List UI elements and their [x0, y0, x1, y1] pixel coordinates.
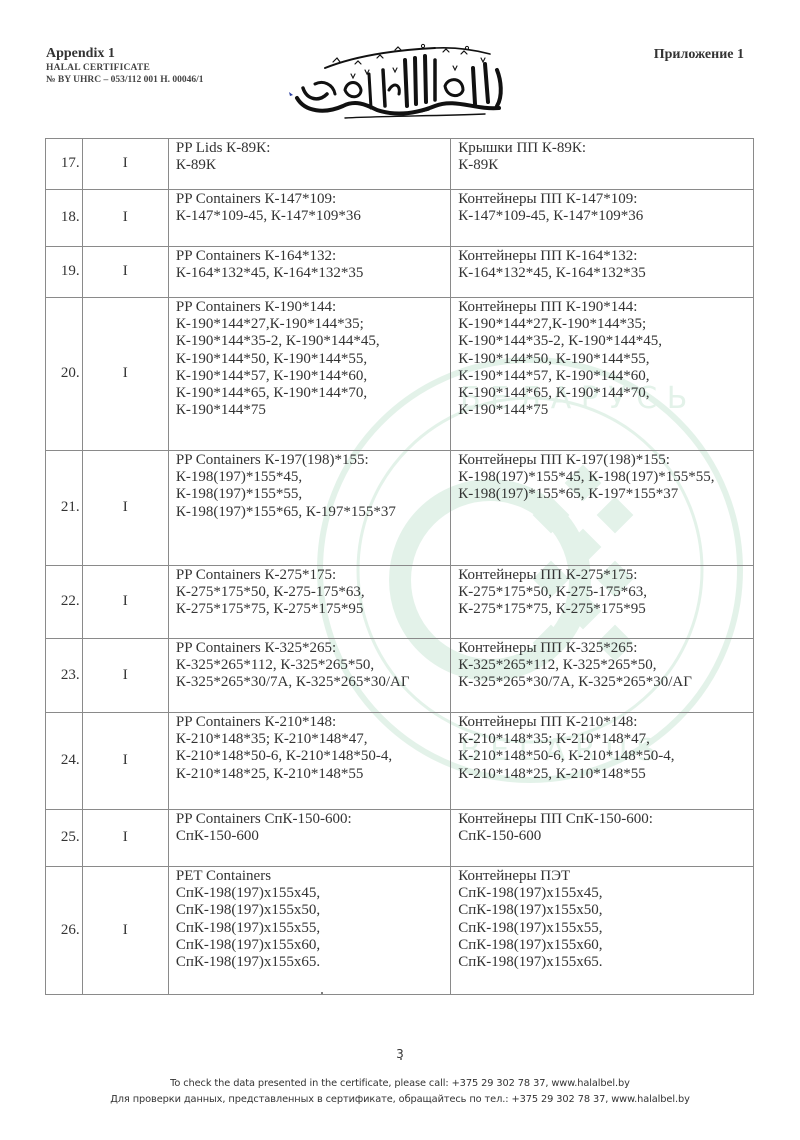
table-row: 19. I PP Containers К-164*132:К-164*132*…: [46, 247, 754, 298]
description-line: К-190*144*75: [176, 402, 443, 419]
description-line: К-325*265*112, К-325*265*50,: [458, 657, 746, 674]
description-line: К-210*148*25, К-210*148*55: [176, 766, 443, 783]
description-line: К-147*109-45, К-147*109*36: [458, 208, 746, 225]
appendix-label-ru: Приложение 1: [654, 47, 744, 63]
description-line: СпК-198(197)x155x65.: [176, 954, 443, 971]
scan-artifact: [321, 992, 323, 994]
description-line: К-275*175*75, К-275*175*95: [176, 601, 443, 618]
product-description-ru: Контейнеры ПП К-147*109:К-147*109-45, К-…: [451, 190, 754, 247]
description-line: К-89К: [176, 157, 443, 174]
row-class: I: [82, 298, 168, 451]
description-line: СпК-198(197)x155x55,: [458, 920, 746, 937]
description-line: Контейнеры ПП К-325*265:: [458, 640, 746, 657]
description-line: PP Containers К-147*109:: [176, 191, 443, 208]
description-line: СпК-198(197)x155x55,: [176, 920, 443, 937]
row-number: 21.: [46, 451, 83, 566]
row-class: I: [82, 713, 168, 810]
product-description-en: PP Containers К-190*144:К-190*144*27,К-1…: [168, 298, 450, 451]
product-description-en: PP Containers К-147*109:К-147*109-45, К-…: [168, 190, 450, 247]
table-row: 25. I PP Containers СпК-150-600:СпК-150-…: [46, 810, 754, 867]
product-description-en: PP Containers К-210*148:К-210*148*35; К-…: [168, 713, 450, 810]
row-number: 18.: [46, 190, 83, 247]
description-line: PP Lids К-89К:: [176, 140, 443, 157]
description-line: К-198(197)*155*55,: [176, 486, 443, 503]
description-line: К-190*144*75: [458, 402, 746, 419]
certificate-page: Appendix 1 HALAL CERTIFICATE № BY UHRC –…: [0, 0, 800, 1140]
description-line: К-198(197)*155*45, К-198(197)*155*55,: [458, 469, 746, 486]
description-line: К-190*144*35-2, К-190*144*45,: [176, 333, 443, 350]
description-line: К-275*175*50, К-275-175*63,: [458, 584, 746, 601]
row-number: 20.: [46, 298, 83, 451]
row-number: 25.: [46, 810, 83, 867]
description-line: Контейнеры ПП СпК-150-600:: [458, 811, 746, 828]
description-line: Контейнеры ПП К-210*148:: [458, 714, 746, 731]
description-line: СпК-198(197)x155x50,: [458, 902, 746, 919]
table-row: 23. I PP Containers К-325*265:К-325*265*…: [46, 639, 754, 713]
product-description-ru: Контейнеры ПП СпК-150-600:СпК-150-600: [451, 810, 754, 867]
product-description-en: PP Containers СпК-150-600:СпК-150-600: [168, 810, 450, 867]
certificate-number: № BY UHRC – 053/112 001 H. 00046/1: [46, 76, 204, 86]
product-description-en: PP Containers К-275*175:К-275*175*50, К-…: [168, 566, 450, 639]
row-class: I: [82, 247, 168, 298]
row-class: I: [82, 139, 168, 190]
row-number: 26.: [46, 867, 83, 995]
product-description-ru: Контейнеры ПП К-275*175:К-275*175*50, К-…: [451, 566, 754, 639]
description-line: СпК-198(197)x155x45,: [458, 885, 746, 902]
description-line: PET Containers: [176, 868, 443, 885]
description-line: К-190*144*50, К-190*144*55,: [176, 351, 443, 368]
description-line: СпК-150-600: [458, 828, 746, 845]
table-row: 24. I PP Containers К-210*148:К-210*148*…: [46, 713, 754, 810]
row-number: 19.: [46, 247, 83, 298]
description-line: Контейнеры ПЭТ: [458, 868, 746, 885]
product-table: 17. I PP Lids К-89К:К-89К Крышки ПП К-89…: [45, 138, 754, 995]
row-class: I: [82, 639, 168, 713]
description-line: К-325*265*30/7А, К-325*265*30/АГ: [176, 674, 443, 691]
row-class: I: [82, 810, 168, 867]
description-line: К-210*148*25, К-210*148*55: [458, 766, 746, 783]
product-description-ru: Контейнеры ПЭТСпК-198(197)x155x45,СпК-19…: [451, 867, 754, 995]
description-line: К-190*144*50, К-190*144*55,: [458, 351, 746, 368]
description-line: Контейнеры ПП К-164*132:: [458, 248, 746, 265]
description-line: К-325*265*112, К-325*265*50,: [176, 657, 443, 674]
description-line: PP Containers К-210*148:: [176, 714, 443, 731]
description-line: К-325*265*30/7А, К-325*265*30/АГ: [458, 674, 746, 691]
table-row: 20. I PP Containers К-190*144:К-190*144*…: [46, 298, 754, 451]
table-row: 22. I PP Containers К-275*175:К-275*175*…: [46, 566, 754, 639]
row-class: I: [82, 451, 168, 566]
description-line: К-190*144*57, К-190*144*60,: [176, 368, 443, 385]
row-number: 23.: [46, 639, 83, 713]
description-line: PP Containers К-164*132:: [176, 248, 443, 265]
header-left: Appendix 1 HALAL CERTIFICATE № BY UHRC –…: [46, 47, 204, 85]
description-line: К-190*144*65, К-190*144*70,: [176, 385, 443, 402]
row-class: I: [82, 190, 168, 247]
description-line: Крышки ПП К-89К:: [458, 140, 746, 157]
verification-note-ru: Для проверки данных, представленных в се…: [0, 1094, 800, 1105]
row-class: I: [82, 867, 168, 995]
description-line: PP Containers К-325*265:: [176, 640, 443, 657]
table-row: 21. I PP Containers К-197(198)*155:К-198…: [46, 451, 754, 566]
description-line: К-210*148*50-6, К-210*148*50-4,: [176, 748, 443, 765]
description-line: СпК-198(197)x155x50,: [176, 902, 443, 919]
description-line: К-164*132*45, К-164*132*35: [458, 265, 746, 282]
description-line: К-190*144*57, К-190*144*60,: [458, 368, 746, 385]
verification-note-en: To check the data presented in the certi…: [0, 1078, 800, 1089]
certificate-title: HALAL CERTIFICATE: [46, 64, 204, 74]
description-line: К-210*148*35; К-210*148*47,: [458, 731, 746, 748]
appendix-label-en: Appendix 1: [46, 47, 204, 61]
table-row: 17. I PP Lids К-89К:К-89К Крышки ПП К-89…: [46, 139, 754, 190]
row-class: I: [82, 566, 168, 639]
description-line: К-198(197)*155*65, К-197*155*37: [176, 504, 443, 521]
description-line: К-198(197)*155*65, К-197*155*37: [458, 486, 746, 503]
description-line: СпК-198(197)x155x45,: [176, 885, 443, 902]
product-description-ru: Контейнеры ПП К-197(198)*155:К-198(197)*…: [451, 451, 754, 566]
description-line: К-164*132*45, К-164*132*35: [176, 265, 443, 282]
description-line: К-89К: [458, 157, 746, 174]
product-description-en: PET ContainersСпК-198(197)x155x45,СпК-19…: [168, 867, 450, 995]
description-line: PP Containers СпК-150-600:: [176, 811, 443, 828]
bismillah-calligraphy-icon: [285, 40, 517, 120]
description-line: СпК-150-600: [176, 828, 443, 845]
description-line: К-275*175*50, К-275-175*63,: [176, 584, 443, 601]
description-line: К-210*148*35; К-210*148*47,: [176, 731, 443, 748]
product-description-ru: Контейнеры ПП К-164*132:К-164*132*45, К-…: [451, 247, 754, 298]
description-line: К-147*109-45, К-147*109*36: [176, 208, 443, 225]
description-line: К-190*144*27,К-190*144*35;: [176, 316, 443, 333]
description-line: СпК-198(197)x155x60,: [458, 937, 746, 954]
description-line: К-190*144*27,К-190*144*35;: [458, 316, 746, 333]
description-line: PP Containers К-275*175:: [176, 567, 443, 584]
description-line: СпК-198(197)x155x60,: [176, 937, 443, 954]
product-description-ru: Крышки ПП К-89К:К-89К: [451, 139, 754, 190]
description-line: К-190*144*35-2, К-190*144*45,: [458, 333, 746, 350]
product-description-en: PP Containers К-197(198)*155:К-198(197)*…: [168, 451, 450, 566]
product-description-ru: Контейнеры ПП К-190*144:К-190*144*27,К-1…: [451, 298, 754, 451]
page-number: 3: [0, 1047, 800, 1061]
row-number: 22.: [46, 566, 83, 639]
description-line: Контейнеры ПП К-147*109:: [458, 191, 746, 208]
description-line: СпК-198(197)x155x65.: [458, 954, 746, 971]
row-number: 17.: [46, 139, 83, 190]
product-description-ru: Контейнеры ПП К-325*265:К-325*265*112, К…: [451, 639, 754, 713]
description-line: К-198(197)*155*45,: [176, 469, 443, 486]
table-row: 18. I PP Containers К-147*109:К-147*109-…: [46, 190, 754, 247]
description-line: Контейнеры ПП К-190*144:: [458, 299, 746, 316]
description-line: PP Containers К-190*144:: [176, 299, 443, 316]
description-line: К-190*144*65, К-190*144*70,: [458, 385, 746, 402]
description-line: Контейнеры ПП К-197(198)*155:: [458, 452, 746, 469]
table-row: 26. I PET ContainersСпК-198(197)x155x45,…: [46, 867, 754, 995]
description-line: К-275*175*75, К-275*175*95: [458, 601, 746, 618]
product-description-en: PP Lids К-89К:К-89К: [168, 139, 450, 190]
row-number: 24.: [46, 713, 83, 810]
description-line: К-210*148*50-6, К-210*148*50-4,: [458, 748, 746, 765]
product-description-en: PP Containers К-164*132:К-164*132*45, К-…: [168, 247, 450, 298]
description-line: PP Containers К-197(198)*155:: [176, 452, 443, 469]
description-line: Контейнеры ПП К-275*175:: [458, 567, 746, 584]
product-description-ru: Контейнеры ПП К-210*148:К-210*148*35; К-…: [451, 713, 754, 810]
product-description-en: PP Containers К-325*265:К-325*265*112, К…: [168, 639, 450, 713]
